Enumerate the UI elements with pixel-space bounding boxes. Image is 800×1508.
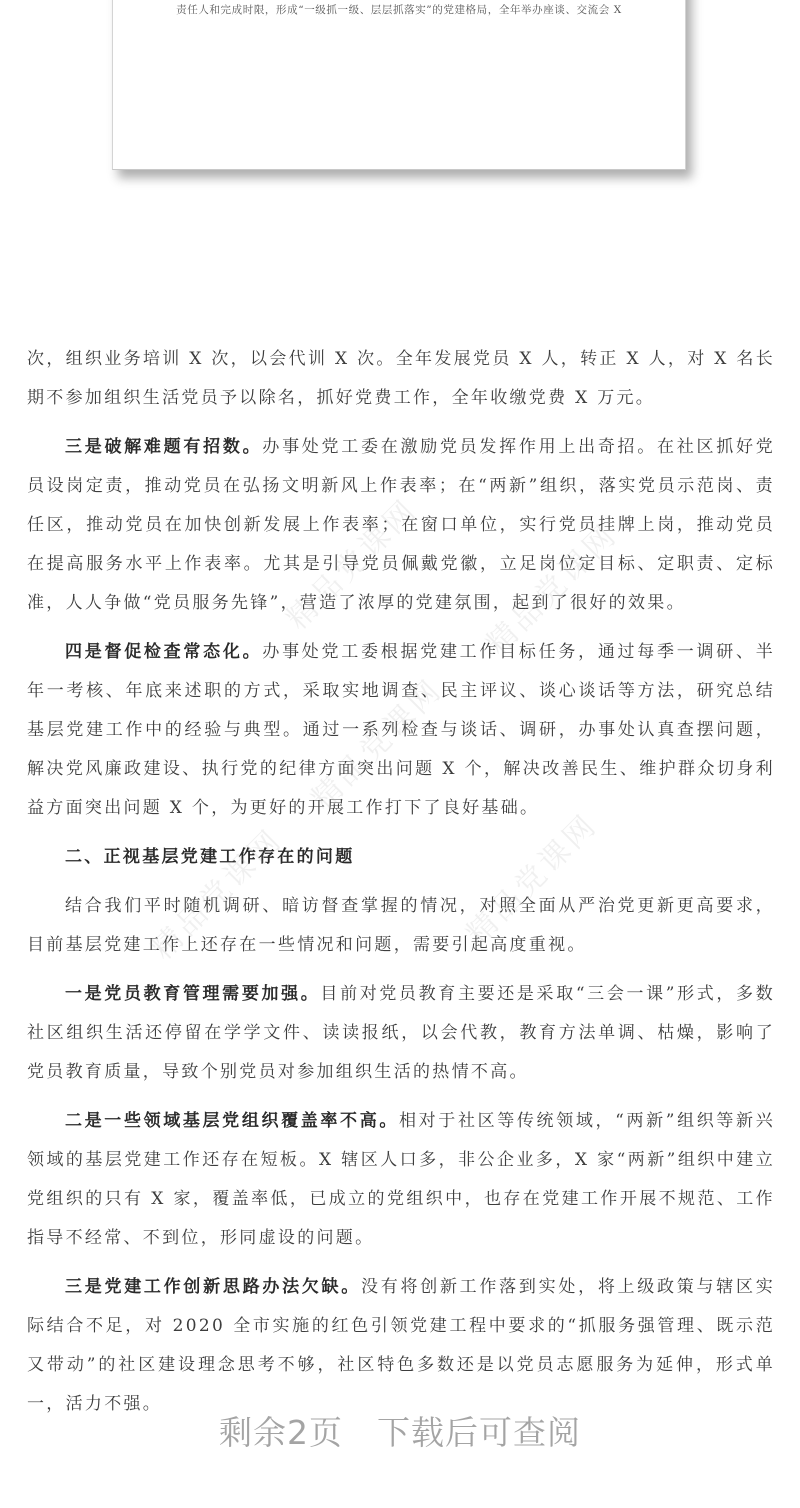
document-body: 次，组织业务培训 X 次，以会代训 X 次。全年发展党员 X 人，转正 X 人，… <box>27 340 775 1434</box>
paragraph-lead: 一是党员教育管理需要加强。 <box>65 984 320 1004</box>
paragraph-lead: 四是督促检查常态化。 <box>65 642 262 662</box>
paragraph-problem-1: 一是党员教育管理需要加强。目前对党员教育主要还是采取“三会一课”形式，多数社区组… <box>27 975 775 1092</box>
remaining-pages-label: 剩余2页 <box>219 1413 343 1452</box>
paragraph-text: 办事处党工委在激励党员发挥作用上出奇招。在社区抓好党员设岗定责，推动党员在弘扬文… <box>27 437 775 613</box>
download-to-view-label[interactable]: 下载后可查阅 <box>377 1413 581 1452</box>
paragraph-point-3: 三是破解难题有招数。办事处党工委在激励党员发挥作用上出奇招。在社区抓好党员设岗定… <box>27 428 775 623</box>
paragraph-lead: 二是一些领域基层党组织覆盖率不高。 <box>65 1111 399 1131</box>
paragraph-problem-3: 三是党建工作创新思路办法欠缺。没有将创新工作落到实处，将上级政策与辖区实际结合不… <box>27 1268 775 1424</box>
paragraph-lead: 三是破解难题有招数。 <box>65 437 262 457</box>
paragraph-text: 次，组织业务培训 X 次，以会代训 X 次。全年发展党员 X 人，转正 X 人，… <box>27 349 775 408</box>
paragraph-text: 相对于社区等传统领域，“两新”组织等新兴领域的基层党建工作还存在短板。X 辖区人… <box>27 1111 775 1248</box>
paragraph-text: 结合我们平时随机调研、暗访督查掌握的情况，对照全面从严治党更新更高要求，目前基层… <box>27 896 775 955</box>
preview-page-text: 责任人和完成时限，形成“一级抓一级、层层抓落实”的党建格局，全年举办座谈、交流会… <box>113 2 685 17</box>
paragraph-text: 没有将创新工作落到实处，将上级政策与辖区实际结合不足，对 2020 全市实施的红… <box>27 1277 775 1414</box>
paragraph-problem-2: 二是一些领域基层党组织覆盖率不高。相对于社区等传统领域，“两新”组织等新兴领域的… <box>27 1102 775 1258</box>
paragraph-intro: 结合我们平时随机调研、暗访督查掌握的情况，对照全面从严治党更新更高要求，目前基层… <box>27 887 775 965</box>
preview-page-card: 责任人和完成时限，形成“一级抓一级、层层抓落实”的党建格局，全年举办座谈、交流会… <box>112 0 686 170</box>
paragraph-point-4: 四是督促检查常态化。办事处党工委根据党建工作目标任务，通过每季一调研、半年一考核… <box>27 633 775 828</box>
paragraph-lead: 三是党建工作创新思路办法欠缺。 <box>65 1277 361 1297</box>
paragraph-text: 办事处党工委根据党建工作目标任务，通过每季一调研、半年一考核、年底来述职的方式，… <box>27 642 775 818</box>
paragraph-continuation: 次，组织业务培训 X 次，以会代训 X 次。全年发展党员 X 人，转正 X 人，… <box>27 340 775 418</box>
section-heading: 二、正视基层党建工作存在的问题 <box>27 838 775 877</box>
download-to-read-more-banner[interactable]: 剩余2页下载后可查阅 <box>0 1407 800 1454</box>
